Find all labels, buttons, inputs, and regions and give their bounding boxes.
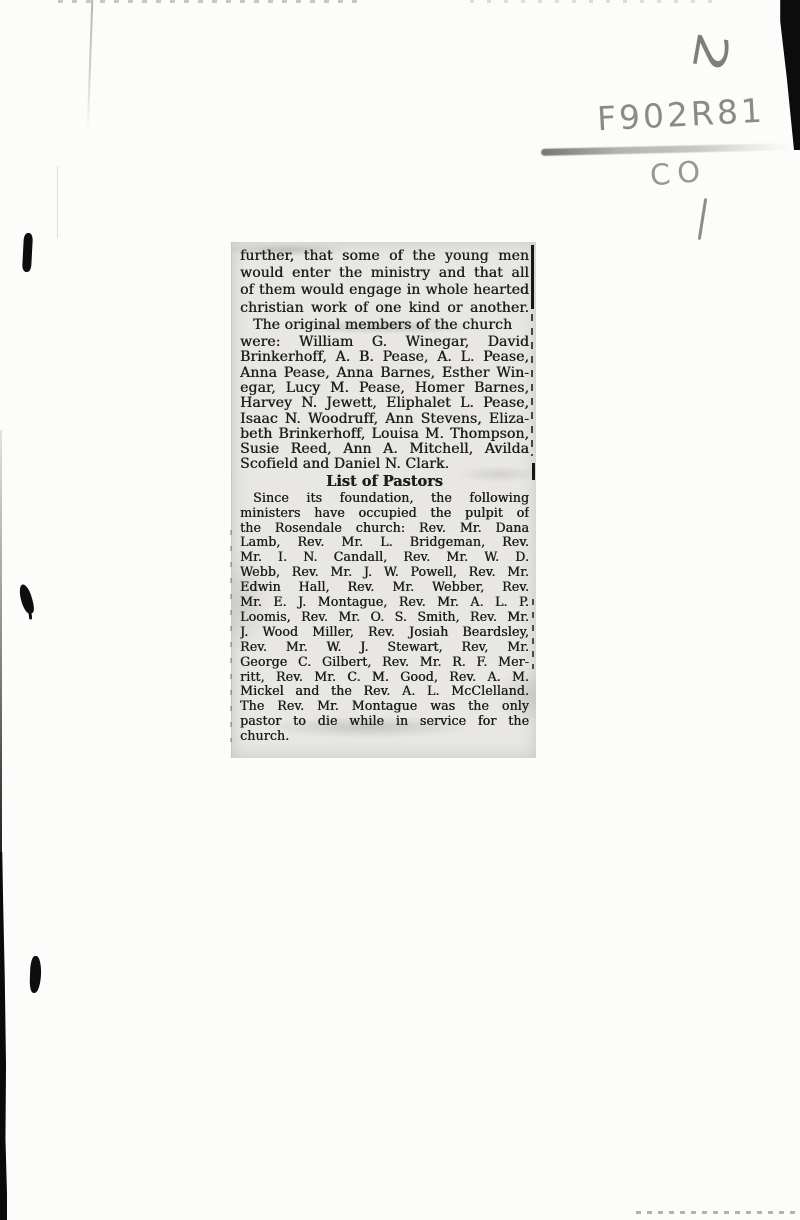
- clipping-text-line: church.: [240, 729, 529, 744]
- clipping-text-line: beth Brinkerhoff, Louisa M. Thompson,: [240, 427, 529, 442]
- clipping-text-line: Isaac N. Woodruff, Ann Stevens, Eliza-: [240, 412, 529, 427]
- clipping-text-line: Since its foundation, the following: [240, 491, 529, 506]
- left-edge-black-strip: [0, 852, 7, 1220]
- clipping-text-line: The Rev. Mr. Montague was the only: [240, 699, 529, 714]
- handwritten-archive-code: F902R81: [596, 91, 766, 139]
- clipping-text-line: Webb, Rev. Mr. J. W. Powell, Rev. Mr.: [240, 565, 529, 580]
- clipping-text-line: pastor to die while in service for the: [240, 714, 529, 729]
- handwritten-corner-number: 2: [682, 28, 740, 76]
- ink-mark-middle: [18, 583, 36, 615]
- page-crease-line-faint: [57, 166, 58, 238]
- clipping-text-line: would enter the ministry and that all: [240, 265, 529, 282]
- handwritten-sheet-number: [698, 198, 707, 240]
- clipping-text-line: Anna Pease, Anna Barnes, Esther Win-: [240, 366, 529, 381]
- clipping-paragraph-1: further, that some of the young menwould…: [240, 248, 529, 334]
- page-top-edge-marks-right: [470, 0, 720, 3]
- clipping-text-line: Mr. I. N. Candall, Rev. Mr. W. D.: [240, 550, 529, 565]
- clipping-paragraph-2: were: William G. Winegar, DavidBrinkerho…: [240, 335, 529, 473]
- clipping-text-line: Scofield and Daniel N. Clark.: [240, 457, 529, 472]
- clipping-text-line: Edwin Hall, Rev. Mr. Webber, Rev.: [240, 580, 529, 595]
- clipping-text-line: of them would engage in whole hearted: [240, 282, 529, 299]
- page-crease-line: [87, 0, 94, 132]
- clipping-text-line: Loomis, Rev. Mr. O. S. Smith, Rev. Mr.: [240, 610, 529, 625]
- clipping-text-line: Rev. Mr. W. J. Stewart, Rev, Mr.: [240, 640, 529, 655]
- handwritten-archive-code-line2: CO: [649, 154, 709, 193]
- clipping-text-line: Lamb, Rev. Mr. L. Bridgeman, Rev.: [240, 535, 529, 550]
- column-rule-dashed: [531, 314, 533, 456]
- pencil-underline-smudge: [541, 143, 791, 156]
- clipping-text-line: Mickel and the Rev. A. L. McClelland.: [240, 684, 529, 699]
- clipping-text-line: Susie Reed, Ann A. Mitchell, Avilda: [240, 442, 529, 457]
- column-rule-segment: [531, 245, 534, 309]
- clipping-paragraph-3: Since its foundation, the followingminis…: [240, 491, 529, 744]
- clipping-left-edge-marks: [230, 530, 232, 742]
- ink-mark-top: [22, 233, 33, 272]
- clipping-section-heading: List of Pastors: [240, 474, 529, 490]
- clipping-text-line: Mr. E. J. Montague, Rev. Mr. A. L. P.: [240, 595, 529, 610]
- bottom-edge-marks: [636, 1211, 796, 1214]
- clipping-text-line: Brinkerhoff, A. B. Pease, A. L. Pease,: [240, 350, 529, 365]
- scan-corner-shadow: [770, 0, 800, 150]
- clipping-text-line: christian work of one kind or another.: [240, 300, 529, 317]
- clipping-text-line: egar, Lucy M. Pease, Homer Barnes,: [240, 381, 529, 396]
- clipping-text-line: the Rosendale church: Rev. Mr. Dana: [240, 521, 529, 536]
- clipping-text-line: Harvey N. Jewett, Eliphalet L. Pease,: [240, 396, 529, 411]
- ink-mark-bottom: [29, 956, 41, 993]
- column-rule-dashed: [532, 599, 534, 669]
- clipping-text-line: George C. Gilbert, Rev. Mr. R. F. Mer-: [240, 655, 529, 670]
- clipping-text-line: were: William G. Winegar, David: [240, 335, 529, 350]
- clipping-text-line: J. Wood Miller, Rev. Josiah Beardsley,: [240, 625, 529, 640]
- clipping-text-line: ministers have occupied the pulpit of: [240, 506, 529, 521]
- page-top-edge-marks: [58, 0, 358, 3]
- left-edge-line: [0, 430, 2, 858]
- clipping-text-line: The original members of the church: [240, 317, 529, 334]
- newspaper-clipping: further, that some of the young menwould…: [231, 242, 536, 758]
- clipping-text-line: ritt, Rev. Mr. C. M. Good, Rev. A. M.: [240, 670, 529, 685]
- clipping-text-line: further, that some of the young men: [240, 248, 529, 265]
- scanned-page: 2 F902R81 CO further, that some of the y…: [0, 0, 800, 1220]
- column-rule-segment: [532, 463, 535, 480]
